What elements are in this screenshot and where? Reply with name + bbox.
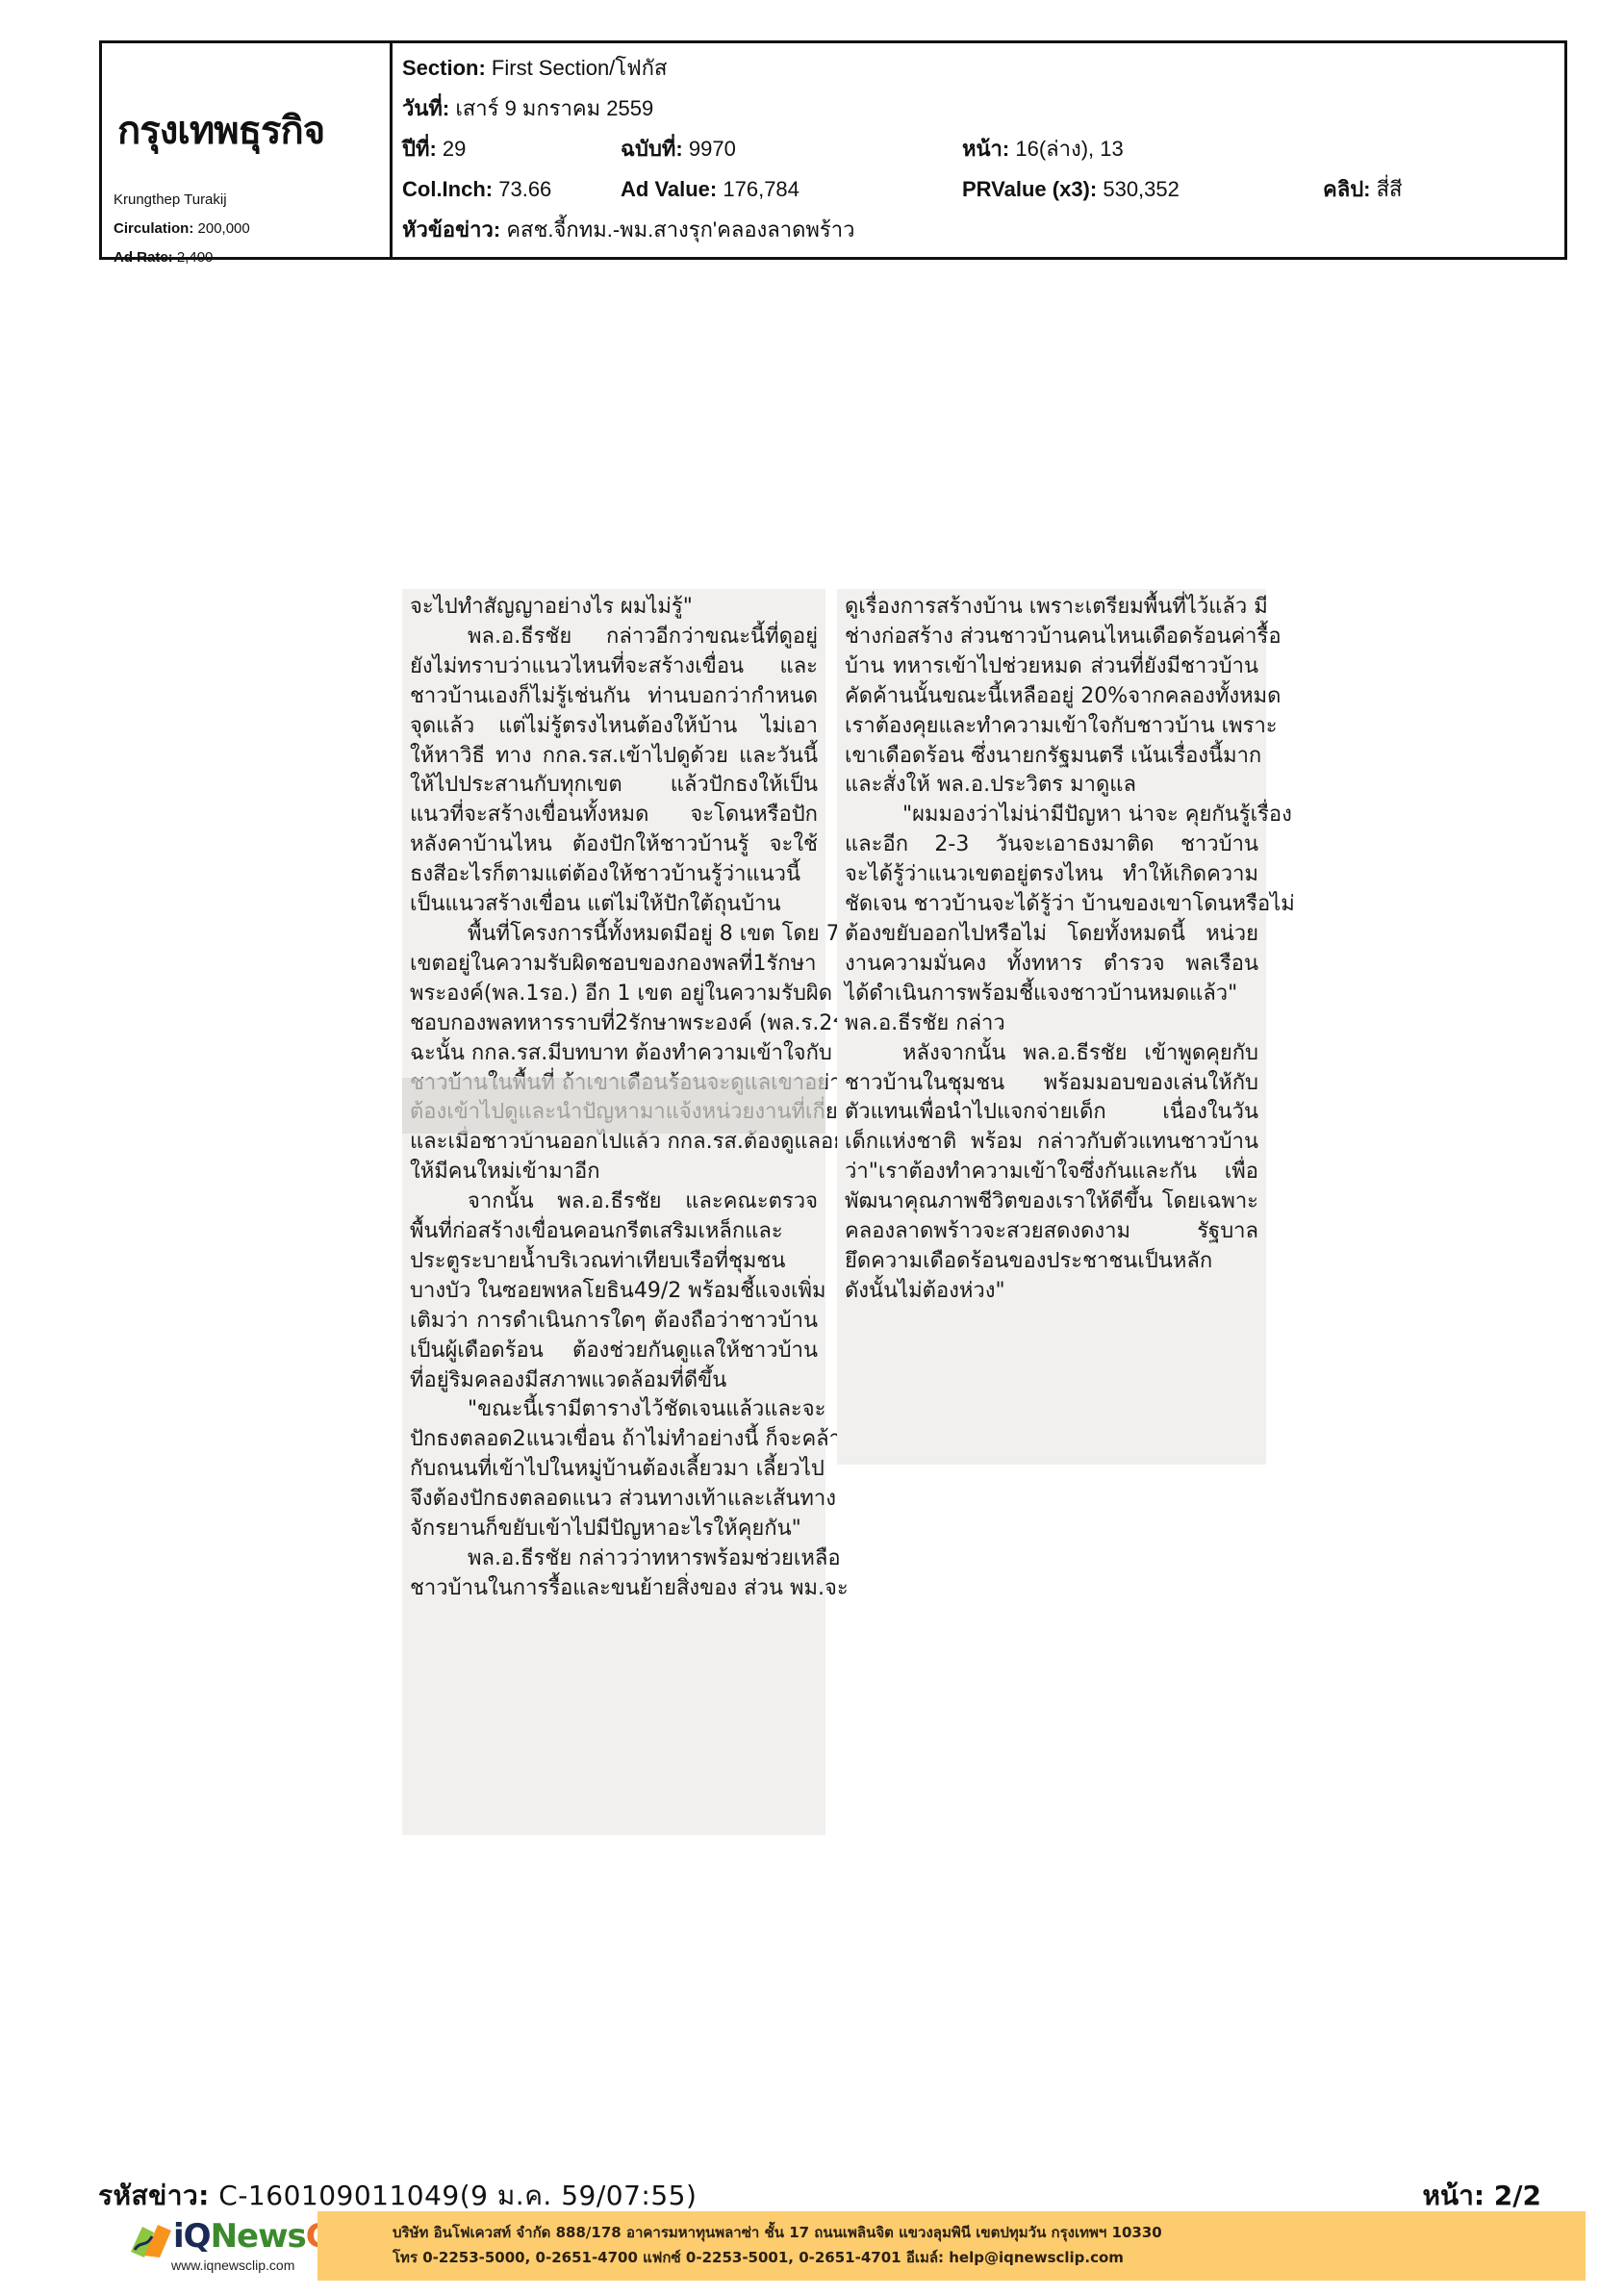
article-line: ยึดความเดือดร้อนของประชาชนเป็นหลัก — [845, 1247, 1258, 1277]
article-line: จะได้รู้ว่าแนวเขตอยู่ตรงไหน ทำให้เกิดควา… — [845, 860, 1258, 890]
circulation-label: Circulation: — [114, 220, 193, 237]
article-line: จะไปทำสัญญาอย่างไร ผมไม่รู้" — [410, 593, 818, 623]
article-line: พล.อ.ธีรชัย กล่าวว่าทหารพร้อมช่วยเหลือ — [410, 1544, 818, 1574]
article-line: ช่างก่อสร้าง ส่วนชาวบ้านคนไหนเดือดร้อนค่… — [845, 623, 1258, 652]
article-line: หลังคาบ้านไหน ต้องปักให้ชาวบ้านรู้ จะใช้ — [410, 830, 818, 860]
article-line: เด็กแห่งชาติ พร้อม กล่าวกับตัวแทนชาวบ้าน — [845, 1128, 1258, 1158]
section-row: Section: First Section/โฟกัส — [402, 49, 667, 88]
article-line: ชัดเจน ชาวบ้านจะได้รู้ว่า บ้านของเขาโดนห… — [845, 890, 1258, 920]
article-line: แนวที่จะสร้างเขื่อนทั้งหมด จะโดนหรือปัก — [410, 801, 818, 830]
issue-row: ปีที่: 29 ฉบับที่: 9970 หน้า: 16(ล่าง), … — [402, 130, 1574, 168]
clip-info-header: กรุงเทพธุรกิจ Krungthep Turakij Circulat… — [99, 40, 1567, 260]
article-line: งานความมั่นคง ทั้งทหาร ตำรวจ พลเรือน — [845, 950, 1258, 980]
article-line: พัฒนาคุณภาพชีวิตของเราให้ดีขึ้น โดยเฉพาะ — [845, 1187, 1258, 1217]
year-label: ปีที่: — [402, 137, 437, 161]
page-label: หน้า: — [962, 137, 1009, 161]
article-line: ยังไม่ทราบว่าแนวไหนที่จะสร้างเขื่อน และ — [410, 652, 818, 682]
ad-rate-value: 2,400 — [177, 249, 214, 266]
article-line: "ขณะนี้เรามีตารางไว้ชัดเจนแล้วและจะ — [410, 1395, 818, 1425]
ad-rate: Ad Rate: 2,400 — [114, 243, 250, 272]
article-line: ตัวแทนเพื่อนำไปแจกจ่ายเด็ก เนื่องในวัน — [845, 1098, 1258, 1128]
article-line: ว่า"เราต้องทำความเข้าใจซึ่งกันและกัน เพื… — [845, 1158, 1258, 1187]
article-line: พระองค์(พล.1รอ.) อีก 1 เขต อยู่ในความรับ… — [410, 980, 818, 1009]
year-field: ปีที่: 29 — [402, 130, 466, 168]
clip-color-label: คลิป: — [1323, 177, 1371, 201]
article-line: คลองลาดพร้าวจะสวยสดงดงาม รัฐบาล — [845, 1217, 1258, 1247]
publication-meta: Krungthep Turakij Circulation: 200,000 A… — [114, 186, 250, 272]
iqnewsclip-logo: iQNewsClipTM www.iqnewsclip.com — [125, 2213, 346, 2281]
ad-rate-label: Ad Rate: — [114, 249, 173, 266]
article-line: พื้นที่ก่อสร้างเขื่อนคอนกรีตเสริมเหล็กแล… — [410, 1217, 818, 1247]
pr-value-label: PRValue (x3): — [962, 177, 1097, 201]
article-line: ให้หาวิธี ทาง กกล.รส.เข้าไปดูด้วย และวัน… — [410, 742, 818, 772]
article-line: เราต้องคุยและทำความเข้าใจกับชาวบ้าน เพรา… — [845, 712, 1258, 742]
newsclip-leaf-icon — [129, 2223, 173, 2259]
article-line: คัดค้านนั้นขณะนี้เหลืออยู่ 20%จากคลองทั้… — [845, 682, 1258, 712]
article-line: ดูเรื่องการสร้างบ้าน เพราะเตรียมพื้นที่ไ… — [845, 593, 1258, 623]
ad-value-value: 176,784 — [723, 177, 799, 201]
section-value: First Section/โฟกัส — [492, 56, 668, 80]
headline-row: หัวข้อข่าว: คสช.จี้กทม.-พม.สางรุก'คลองลา… — [402, 211, 854, 249]
ad-value-field: Ad Value: 176,784 — [621, 170, 799, 209]
article-line: ปักธงตลอด2แนวเขื่อน ถ้าไม่ทำอย่างนี้ ก็จ… — [410, 1425, 818, 1455]
pr-value-value: 530,352 — [1103, 177, 1180, 201]
article-line: จากนั้น พล.อ.ธีรชัย และคณะตรวจ — [410, 1187, 818, 1217]
publication-logo: กรุงเทพธุรกิจ — [117, 99, 324, 161]
clip-color-value: สี่สี — [1377, 177, 1403, 201]
article-line: เขาเดือดร้อน ซึ่งนายกรัฐมนตรี เน้นเรื่อง… — [845, 742, 1258, 772]
article-line: ให้มีคนใหม่เข้ามาอีก — [410, 1158, 818, 1187]
article-column-right: ดูเรื่องการสร้างบ้าน เพราะเตรียมพื้นที่ไ… — [837, 589, 1266, 1465]
circulation: Circulation: 200,000 — [114, 215, 250, 243]
article-line: พล.อ.ธีรชัย กล่าวอีกว่าขณะนี้ที่ดูอยู่ — [410, 623, 818, 652]
article-line: บางบัว ในซอยพหลโยธิน49/2 พร้อมชี้แจงเพิ่… — [410, 1277, 818, 1307]
contact-band: บริษัท อินโฟเควสท์ จำกัด 888/178 อาคารมห… — [317, 2211, 1586, 2281]
article-line: ต้องขยับออกไปหรือไม่ โดยทั้งหมดนี้ หน่วย — [845, 920, 1258, 950]
article-line: พื้นที่โครงการนี้ทั้งหมดมีอยู่ 8 เขต โดย… — [410, 920, 818, 950]
page-value: 16(ล่าง), 13 — [1015, 137, 1123, 161]
publication-name-en: Krungthep Turakij — [114, 186, 250, 215]
date-value: เสาร์ 9 มกราคม 2559 — [455, 96, 653, 120]
issue-field: ฉบับที่: 9970 — [621, 130, 736, 168]
issue-value: 9970 — [689, 137, 736, 161]
article-line: เขตอยู่ในความรับผิดชอบของกองพลที่1รักษา — [410, 950, 818, 980]
headline-value: คสช.จี้กทม.-พม.สางรุก'คลองลาดพร้าว — [506, 217, 854, 242]
company-contact: โทร 0-2253-5000, 0-2651-4700 แฟกซ์ 0-225… — [393, 2246, 1124, 2269]
scan-shading — [402, 1078, 825, 1134]
article-line: จึงต้องปักธงตลอดแนว ส่วนทางเท้าและเส้นทา… — [410, 1485, 818, 1515]
col-inch-label: Col.Inch: — [402, 177, 493, 201]
article-line: และสั่งให้ พล.อ.ประวิตร มาดูแล — [845, 771, 1258, 801]
section-label: Section: — [402, 56, 486, 80]
page-number-value: 2/2 — [1494, 2180, 1541, 2211]
article-line: กับถนนที่เข้าไปในหมู่บ้านต้องเลี้ยวมา เล… — [410, 1455, 818, 1485]
article-line: ที่อยู่ริมคลองมีสภาพแวดล้อมที่ดีขึ้น — [410, 1366, 818, 1396]
article-line: หลังจากนั้น พล.อ.ธีรชัย เข้าพูดคุยกับ — [845, 1039, 1258, 1069]
article-line: ชอบกองพลทหารราบที่2รักษาพระองค์ (พล.ร.2ร… — [410, 1009, 818, 1039]
news-code-label: รหัสข่าว: — [98, 2180, 210, 2211]
article-line: "ผมมองว่าไม่น่ามีปัญหา น่าจะ คุยกันรู้เร… — [845, 801, 1258, 830]
article-line: พล.อ.ธีรชัย กล่าว — [845, 1009, 1258, 1039]
company-address: บริษัท อินโฟเควสท์ จำกัด 888/178 อาคารมห… — [393, 2221, 1162, 2244]
article-line: จุดแล้ว แต่ไม่รู้ตรงไหนต้องให้บ้าน ไม่เอ… — [410, 712, 818, 742]
value-row: Col.Inch: 73.66 Ad Value: 176,784 PRValu… — [402, 170, 1574, 209]
article-line: ดังนั้นไม่ต้องห่วง" — [845, 1277, 1258, 1307]
col-inch-field: Col.Inch: 73.66 — [402, 170, 551, 209]
logo-iq: iQ — [173, 2217, 211, 2256]
article-line: เติมว่า การดำเนินการใดๆ ต้องถือว่าชาวบ้า… — [410, 1307, 818, 1337]
issue-label: ฉบับที่: — [621, 137, 683, 161]
clip-color-field: คลิป: สี่สี — [1323, 170, 1402, 209]
article-line: ธงสีอะไรก็ตามแต่ต้องให้ชาวบ้านรู้ว่าแนวน… — [410, 860, 818, 890]
article-line: บ้าน ทหารเข้าไปช่วยหมด ส่วนที่ยังมีชาวบ้… — [845, 652, 1258, 682]
pr-value-field: PRValue (x3): 530,352 — [962, 170, 1180, 209]
logo-news: News — [211, 2217, 306, 2256]
date-row: วันที่: เสาร์ 9 มกราคม 2559 — [402, 89, 653, 128]
date-label: วันที่: — [402, 96, 449, 120]
article-line: ให้ไปประสานกับทุกเขต แล้วปักธงให้เป็น — [410, 771, 818, 801]
article-line: ประตูระบายน้ำบริเวณท่าเทียบเรือที่ชุมชน — [410, 1247, 818, 1277]
circulation-value: 200,000 — [198, 220, 250, 237]
col-inch-value: 73.66 — [498, 177, 551, 201]
logo-url: www.iqnewsclip.com — [171, 2258, 294, 2273]
article-line: ได้ดำเนินการพร้อมชี้แจงชาวบ้านหมดแล้ว" — [845, 980, 1258, 1009]
article-column-left: จะไปทำสัญญาอย่างไร ผมไม่รู้"พล.อ.ธีรชัย … — [402, 589, 825, 1835]
page-field: หน้า: 16(ล่าง), 13 — [962, 130, 1124, 168]
article-line: เป็นผู้เดือดร้อน ต้องช่วยกันดูแลให้ชาวบ้… — [410, 1337, 818, 1366]
ad-value-label: Ad Value: — [621, 177, 717, 201]
article-line: ชาวบ้านในการรื้อและขนย้ายสิ่งของ ส่วน พม… — [410, 1574, 818, 1604]
news-code-value: C-160109011049(9 ม.ค. 59/07:55) — [218, 2180, 697, 2211]
article-line: ฉะนั้น กกล.รส.มีบทบาท ต้องทำความเข้าใจกั… — [410, 1039, 818, 1069]
clip-details-panel: Section: First Section/โฟกัส วันที่: เสา… — [393, 43, 1564, 257]
headline-label: หัวข้อข่าว: — [402, 217, 500, 242]
article-line: และอีก 2-3 วันจะเอาธงมาติด ชาวบ้าน — [845, 830, 1258, 860]
article-line: จักรยานก็ขยับเข้าไปมีปัญหาอะไรให้คุยกัน" — [410, 1515, 818, 1544]
year-value: 29 — [443, 137, 466, 161]
publication-panel: กรุงเทพธุรกิจ Krungthep Turakij Circulat… — [102, 43, 393, 257]
article-line: ชาวบ้านเองก็ไม่รู้เช่นกัน ท่านบอกว่ากำหน… — [410, 682, 818, 712]
article-line: ชาวบ้านในชุมชน พร้อมมอบของเล่นให้กับ — [845, 1069, 1258, 1099]
page-number-label: หน้า: — [1423, 2180, 1485, 2211]
article-line: เป็นแนวสร้างเขื่อน แต่ไม่ให้ปักใต้ถุนบ้า… — [410, 890, 818, 920]
